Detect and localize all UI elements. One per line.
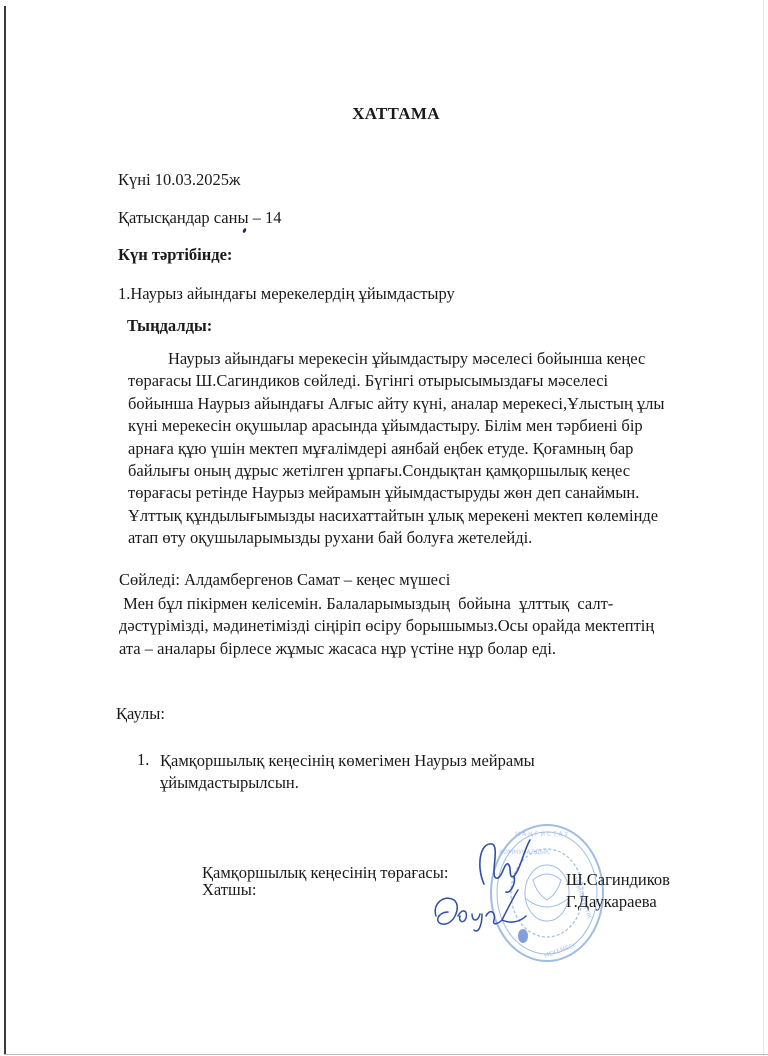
paragraph-line: Наурыз айындағы мерекесін ұйымдастыру мә… [128, 348, 728, 370]
paragraph-line: ата – аналары бірлесе жұмыс жасаса нұр ү… [119, 638, 719, 660]
agenda-heading: Күн тәртібінде: [118, 245, 232, 265]
secretary-name: Г.Даукараева [566, 892, 657, 912]
heard-heading: Тыңдалды: [127, 316, 212, 336]
decision-item: Қамқоршылық кеңесінің көмегімен Наурыз м… [160, 750, 535, 794]
paragraph-line: арнаға құю үшін мектеп мұғалімдері аянба… [128, 438, 728, 460]
meeting-date: Күні 10.03.2025ж [118, 170, 240, 190]
decision-line: Қамқоршылық кеңесінің көмегімен Наурыз м… [160, 750, 535, 772]
scan-page-edge-right [763, 0, 764, 1056]
paragraph-line: төрағасы Ш.Сагиндиков сөйледі. Бүгінгі о… [128, 370, 728, 392]
decision-number: 1. [137, 750, 149, 770]
secretary-signature-icon [428, 886, 528, 936]
chair-name: Ш.Сагиндиков [566, 870, 670, 890]
scan-page-edge-left [4, 6, 6, 1054]
decision-heading: Қаулы: [116, 704, 165, 724]
paragraph-line: Мен бұл пікірмен келісемін. Балаларымызд… [119, 593, 719, 615]
paragraph-line: төрағасы ретінде Наурыз мейрамын ұйымдас… [128, 482, 728, 504]
participants-count: Қатысқандар саны – 14 [118, 208, 282, 228]
spoke-line: Сөйледі: Алдамбергенов Самат – кеңес мүш… [119, 570, 450, 590]
secretary-label: Хатшы: [202, 880, 256, 900]
heard-paragraph: Наурыз айындағы мерекесін ұйымдастыру мә… [128, 348, 728, 550]
spoke-paragraph: Мен бұл пікірмен келісемін. Балаларымызд… [119, 593, 719, 660]
svg-text:МЕКЕМЕСІ: МЕКЕМЕСІ [543, 942, 576, 960]
paragraph-line: атап өту оқушыларымызды рухани бай болуғ… [128, 527, 728, 549]
paragraph-line: бойынша Наурыз айындағы Алғыс айту күні,… [128, 393, 728, 415]
scan-page-edge-bottom [4, 1054, 768, 1055]
paragraph-line: күні мерекесін оқушылар арасында ұйымдас… [128, 415, 728, 437]
paragraph-line: Ұлттық құндылығымызды насихаттайтын ұлық… [128, 505, 728, 527]
paragraph-line: байлығы оның дұрыс жетілген ұрпағы.Сонды… [128, 460, 728, 482]
decision-line: ұйымдастырылсын. [160, 772, 535, 794]
ink-speck [242, 228, 247, 234]
agenda-item: 1.Наурыз айындағы мерекелердің ұйымдасты… [118, 284, 455, 304]
document-title: ХАТТАМА [0, 104, 768, 124]
paragraph-line: дәстүрімізді, мәдинетімізді сіңіріп өсір… [119, 615, 719, 637]
